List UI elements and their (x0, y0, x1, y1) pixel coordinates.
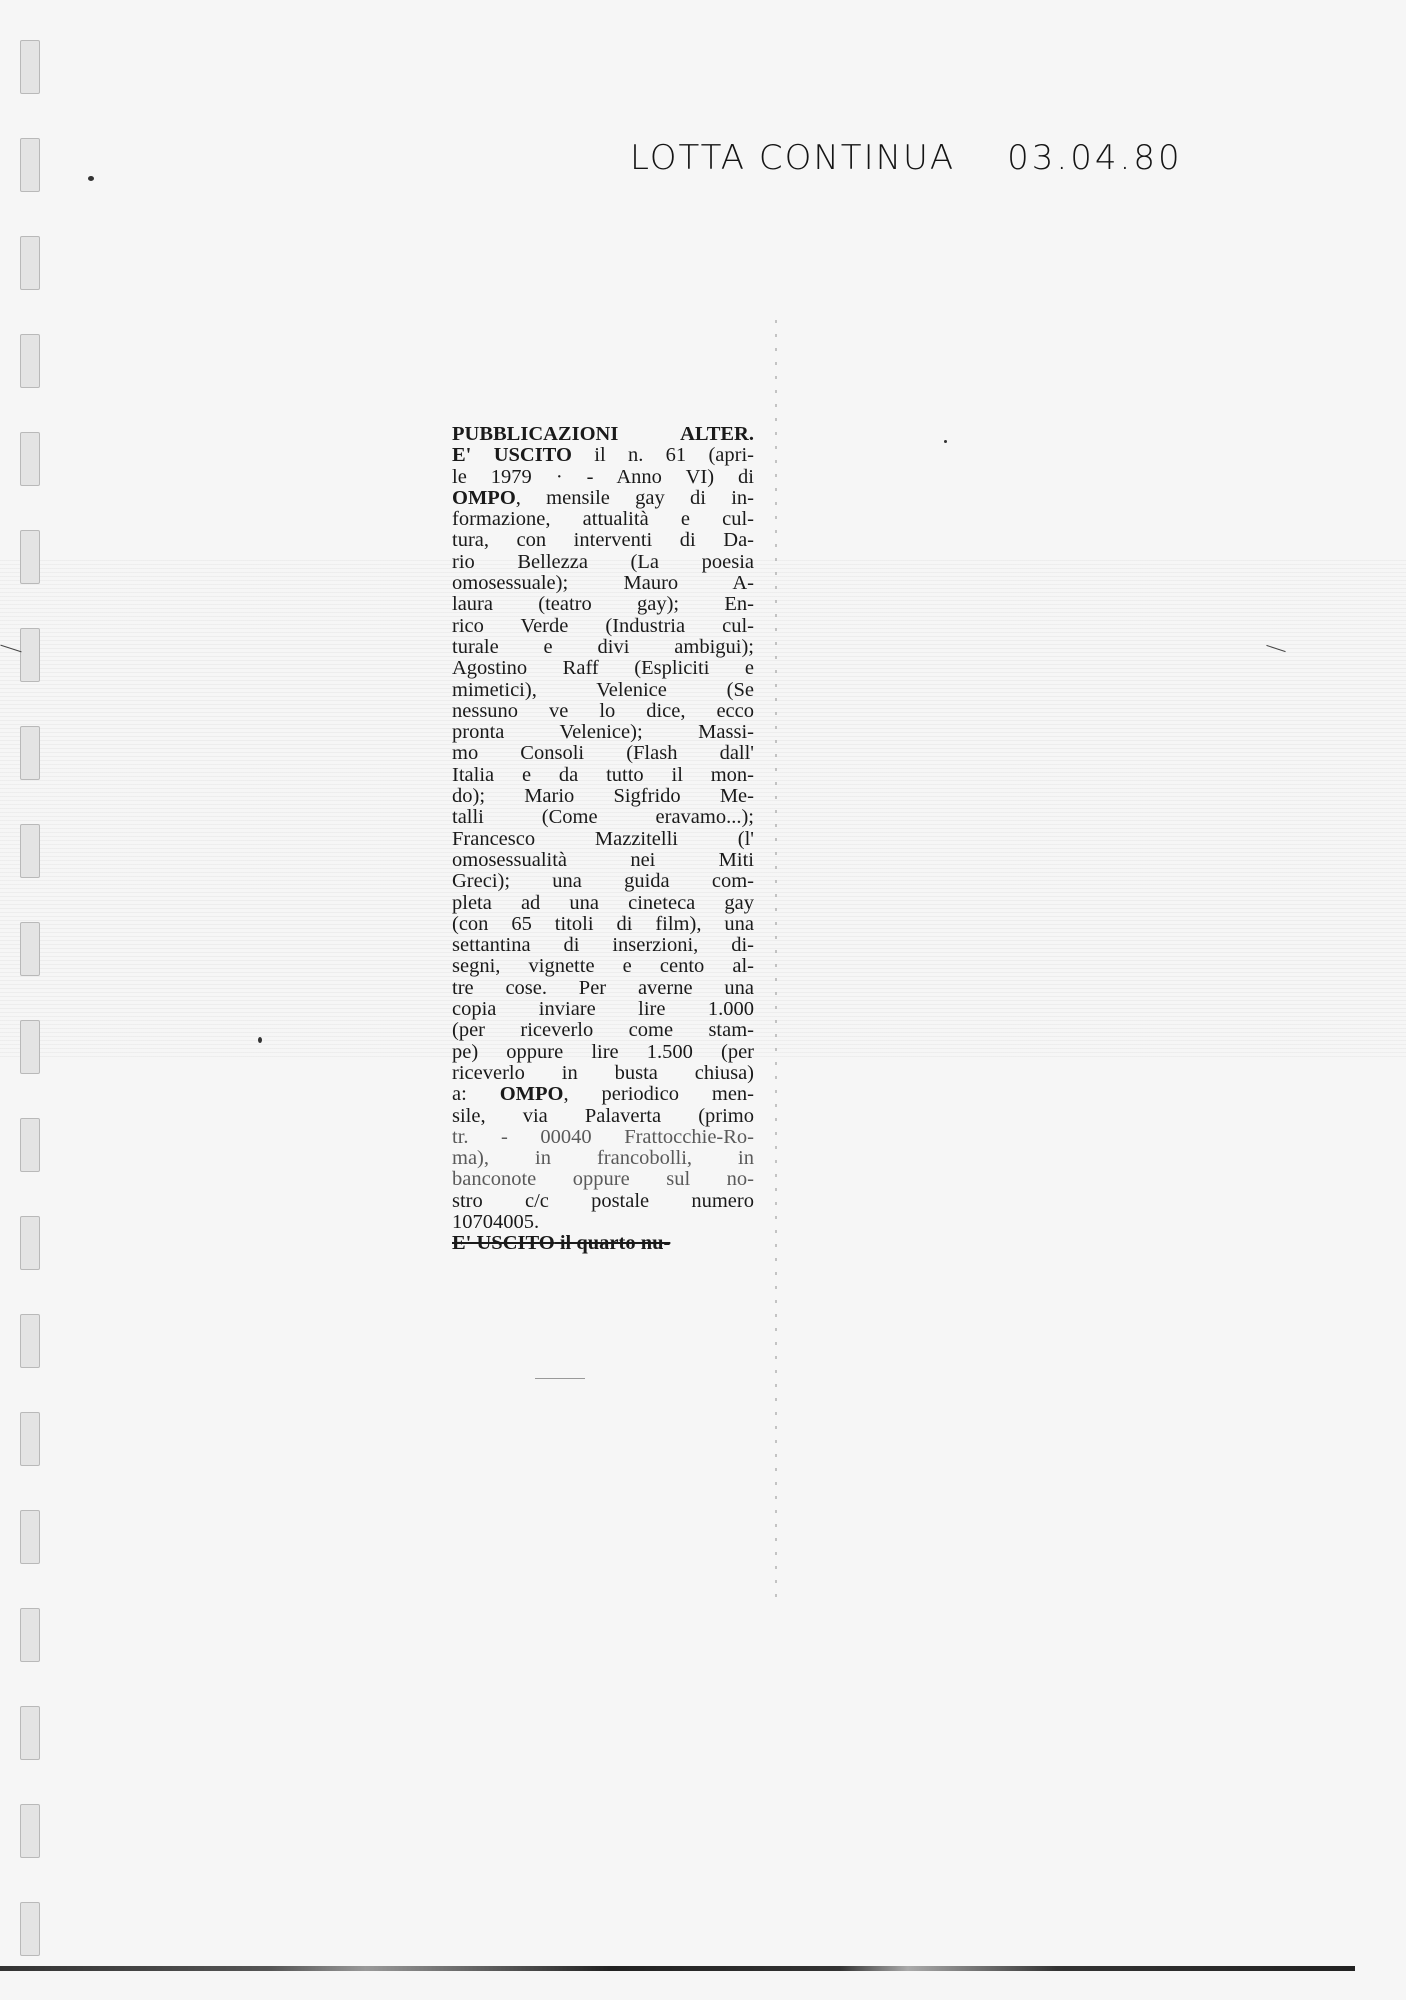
clipping-line: Greci); una guida com- (452, 871, 754, 892)
clipping-text: riceverlo in busta chiusa) (452, 1062, 754, 1084)
binder-hole (20, 628, 40, 682)
clipping-line: PUBBLICAZIONI ALTER. (452, 424, 754, 445)
clipping-text: E' USCITO (452, 1232, 555, 1254)
clipping-text: omosessuale); Mauro A- (452, 572, 754, 594)
clipping-text: tre cose. Per averne una (452, 977, 754, 999)
clipping-line: mo Consoli (Flash dall' (452, 743, 754, 764)
clipping-line: segni, vignette e cento al- (452, 956, 754, 977)
clipping-text: Italia e da tutto il mon- (452, 764, 754, 786)
binder-hole (20, 1020, 40, 1074)
clipping-line: E' USCITO il quarto nu- (452, 1233, 754, 1254)
scan-mark (1266, 645, 1285, 652)
clipping-text: settantina di inserzioni, di- (452, 934, 754, 956)
clipping-line: E' USCITO il n. 61 (apri- (452, 445, 754, 466)
clipping-line: banconote oppure sul no- (452, 1169, 754, 1190)
clipping-line: settantina di inserzioni, di- (452, 935, 754, 956)
binder-hole (20, 138, 40, 192)
clipping-line: mimetici), Velenice (Se (452, 680, 754, 701)
binder-hole (20, 1902, 40, 1956)
binder-hole (20, 1412, 40, 1466)
clipping-line: copia inviare lire 1.000 (452, 999, 754, 1020)
binder-hole (20, 236, 40, 290)
binder-hole (20, 1510, 40, 1564)
clipping-text: nessuno ve lo dice, ecco (452, 700, 754, 722)
binder-hole (20, 1118, 40, 1172)
clipping-line: Italia e da tutto il mon- (452, 765, 754, 786)
binder-hole (20, 922, 40, 976)
clipping-text: le 1979 · - Anno VI) di (452, 466, 754, 488)
binder-hole (20, 530, 40, 584)
clipping-line: omosessualità nei Miti (452, 850, 754, 871)
clipping-text: segni, vignette e cento al- (452, 955, 754, 977)
clipping-text: tura, con interventi di Da- (452, 529, 754, 551)
scan-mark (535, 1378, 585, 1379)
clipping-text: sile, via Palaverta (primo (452, 1105, 754, 1127)
handwritten-source-note: LOTTA CONTINUA03.04.80 (630, 138, 1183, 178)
clipping-line: tre cose. Per averne una (452, 978, 754, 999)
clipping-bold-text: OMPO (500, 1083, 564, 1105)
clipping-text: mimetici), Velenice (Se (452, 679, 754, 701)
clipping-text: talli (Come eravamo...); (452, 806, 754, 828)
clipping-line: Francesco Mazzitelli (l' (452, 829, 754, 850)
bottom-edge-line (0, 1966, 1355, 1971)
clipping-line: rio Bellezza (La poesia (452, 552, 754, 573)
clipping-text: il quarto nu- (555, 1232, 671, 1254)
clipping-line: riceverlo in busta chiusa) (452, 1063, 754, 1084)
clipping-text: turale e divi ambigui); (452, 636, 754, 658)
clipping-text: Greci); una guida com- (452, 870, 754, 892)
clipping-text: ma), in francobolli, in (452, 1147, 754, 1169)
clipping-line: Agostino Raff (Espliciti e (452, 658, 754, 679)
fold-line (775, 320, 777, 1600)
clipping-text: omosessualità nei Miti (452, 849, 754, 871)
binder-hole (20, 824, 40, 878)
clipping-line: tr. - 00040 Frattocchie-Ro- (452, 1127, 754, 1148)
scan-speck (944, 440, 947, 443)
scan-speck (258, 1037, 262, 1043)
clipping-text: banconote oppure sul no- (452, 1168, 754, 1190)
scan-mark (0, 645, 21, 653)
clipping-line: do); Mario Sigfrido Me- (452, 786, 754, 807)
binder-hole (20, 726, 40, 780)
clipping-text: il n. 61 (apri- (572, 444, 754, 466)
binder-hole (20, 1314, 40, 1368)
clipping-line: ma), in francobolli, in (452, 1148, 754, 1169)
clipping-text: tr. - 00040 Frattocchie-Ro- (452, 1126, 754, 1148)
clipping-text: pleta ad una cineteca gay (452, 892, 754, 914)
publication-name: LOTTA CONTINUA (630, 138, 955, 178)
clipping-line: rico Verde (Industria cul- (452, 616, 754, 637)
binder-hole (20, 432, 40, 486)
binder-hole (20, 334, 40, 388)
binder-hole (20, 1804, 40, 1858)
clipping-line: 10704005. (452, 1212, 754, 1233)
clipping-text: (con 65 titoli di film), una (452, 913, 754, 935)
clipping-line: nessuno ve lo dice, ecco (452, 701, 754, 722)
clipping-line: le 1979 · - Anno VI) di (452, 467, 754, 488)
binder-hole (20, 1216, 40, 1270)
clipping-text: mo Consoli (Flash dall' (452, 742, 754, 764)
clipping-line: sile, via Palaverta (primo (452, 1106, 754, 1127)
clipping-text: do); Mario Sigfrido Me- (452, 785, 754, 807)
clipping-line: talli (Come eravamo...); (452, 807, 754, 828)
clipping-line: formazione, attualità e cul- (452, 509, 754, 530)
clipping-text: rio Bellezza (La poesia (452, 551, 754, 573)
clipping-text: copia inviare lire 1.000 (452, 998, 754, 1020)
binder-hole (20, 1706, 40, 1760)
publication-date: 03.04.80 (1007, 138, 1182, 178)
clipping-line: (con 65 titoli di film), una (452, 914, 754, 935)
newspaper-clipping: PUBBLICAZIONI ALTER.E' USCITO il n. 61 (… (452, 424, 754, 1255)
clipping-line: stro c/c postale numero (452, 1191, 754, 1212)
clipping-text: a: (452, 1083, 500, 1105)
clipping-line: pe) oppure lire 1.500 (per (452, 1042, 754, 1063)
clipping-line: tura, con interventi di Da- (452, 530, 754, 551)
clipping-text: (per riceverlo come stam- (452, 1019, 754, 1041)
clipping-line: a: OMPO, periodico men- (452, 1084, 754, 1105)
clipping-text: pe) oppure lire 1.500 (per (452, 1041, 754, 1063)
clipping-line: pleta ad una cineteca gay (452, 893, 754, 914)
clipping-line: laura (teatro gay); En- (452, 594, 754, 615)
clipping-line: pronta Velenice); Massi- (452, 722, 754, 743)
clipping-bold-text: PUBBLICAZIONI ALTER. (452, 423, 754, 445)
scan-speck (88, 176, 94, 181)
clipping-bold-text: E' USCITO (452, 444, 572, 466)
clipping-line: (per riceverlo come stam- (452, 1020, 754, 1041)
clipping-text: , mensile gay di in- (516, 487, 754, 509)
clipping-text: formazione, attualità e cul- (452, 508, 754, 530)
binder-hole (20, 40, 40, 94)
clipping-text: pronta Velenice); Massi- (452, 721, 754, 743)
clipping-text: , periodico men- (563, 1083, 754, 1105)
clipping-line: omosessuale); Mauro A- (452, 573, 754, 594)
clipping-text: laura (teatro gay); En- (452, 593, 754, 615)
clipping-text: Francesco Mazzitelli (l' (452, 828, 754, 850)
clipping-bold-text: OMPO (452, 487, 516, 509)
clipping-text: Agostino Raff (Espliciti e (452, 657, 754, 679)
clipping-text: rico Verde (Industria cul- (452, 615, 754, 637)
clipping-text: stro c/c postale numero (452, 1190, 754, 1212)
clipping-text: 10704005. (452, 1211, 539, 1233)
binder-hole (20, 1608, 40, 1662)
clipping-line: turale e divi ambigui); (452, 637, 754, 658)
clipping-line: OMPO, mensile gay di in- (452, 488, 754, 509)
